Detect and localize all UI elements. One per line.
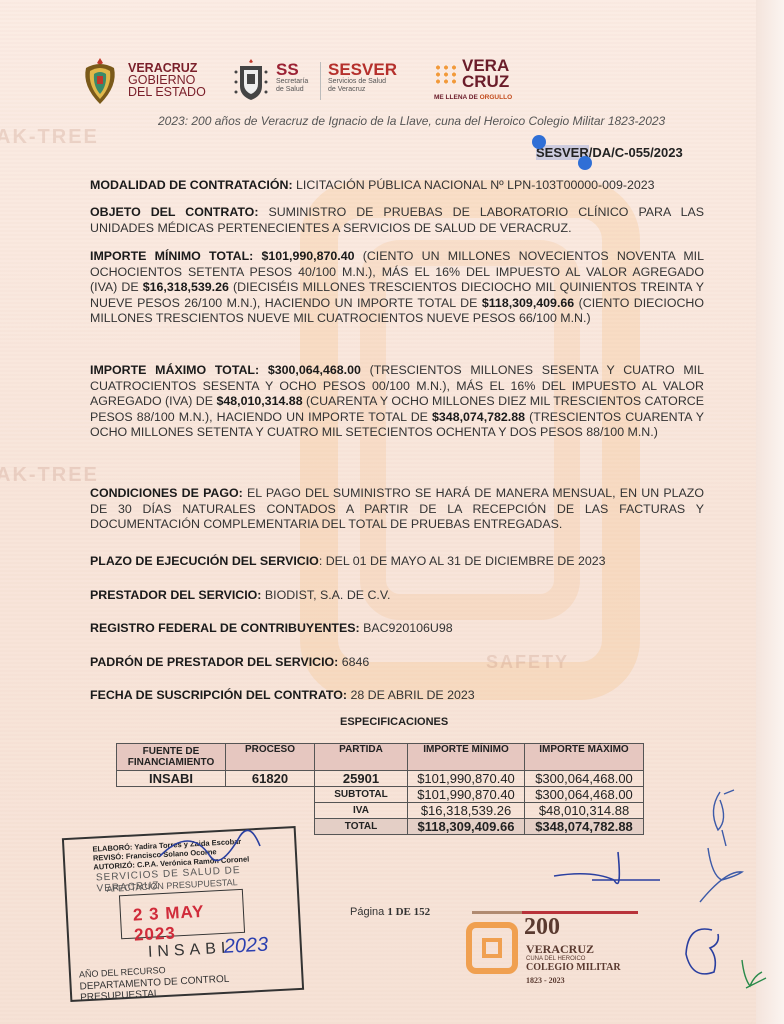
field-condiciones-pago: CONDICIONES DE PAGO: EL PAGO DEL SUMINIS… [90,486,704,533]
stamp-date-box: 2 3 MAY 2023 [119,889,245,939]
col-header: FUENTE DE FINANCIAMIENTO [117,744,226,771]
col-header: PROCESO [226,744,315,771]
contract-reference: SESVER/DA/C-055/2023 [536,145,683,160]
document-page: AK-TREE AK-TREE SAFETY VERACRUZ GOBIERNO… [0,0,784,1024]
page-edge [756,0,784,1024]
ss-logo: SS Secretaría de Salud [276,62,308,94]
col-header: IMPORTE MÍNIMO [408,744,525,771]
field-importe-minimo: IMPORTE MÍNIMO TOTAL: $101,990,870.40 (C… [90,249,704,327]
veracruz-brand-logo: VERA CRUZ ME LLENA DE ORGULLO [434,58,544,108]
table-header-row: FUENTE DE FINANCIAMIENTO PROCESO PARTIDA… [117,744,644,771]
stamp-fund: INSABI [148,940,231,962]
table-row-subtotal: SUBTOTAL $101,990,870.40 $300,064,468.00 [117,787,644,803]
specs-title: ESPECIFICACIONES [340,716,448,728]
letterhead: VERACRUZ GOBIERNO DEL ESTADO SS Secretar… [80,56,540,110]
field-padron: PADRÓN DE PRESTADOR DEL SERVICIO: 6846 [90,655,704,671]
field-fecha-suscripcion: FECHA DE SUSCRIPCIÓN DEL CONTRATO: 28 DE… [90,688,704,704]
watermark-text: AK-TREE [0,464,99,487]
selection-handle-start[interactable] [532,135,546,149]
table-row-iva: IVA $16,318,539.26 $48,010,314.88 [117,803,644,819]
initials-icon [738,958,768,994]
signature-icon [658,924,728,984]
stamp-handwritten-year: 2023 [223,934,269,959]
watermark-text: AK-TREE [0,126,99,149]
year-motto: 2023: 200 años de Veracruz de Ignacio de… [158,114,665,128]
selection-handle-end[interactable] [578,156,592,170]
sesver-logo: SESVER Servicios de Salud de Veracruz [328,62,397,94]
signature-icon [150,826,270,876]
secretaria-salud-emblem-icon [234,58,268,102]
gobierno-veracruz-label: VERACRUZ GOBIERNO DEL ESTADO [128,62,206,98]
table-row: INSABI 61820 25901 $101,990,870.40 $300,… [117,771,644,787]
bicentennial-emblem-icon [466,922,518,974]
field-importe-maximo: IMPORTE MÁXIMO TOTAL: $300,064,468.00 (T… [90,363,704,441]
logo-divider [320,62,321,100]
field-modalidad: MODALIDAD DE CONTRATACIÓN: LICITACIÓN PÚ… [90,178,704,194]
veracruz-coat-of-arms-icon [80,56,120,106]
signature-icon [696,846,746,906]
field-rfc: REGISTRO FEDERAL DE CONTRIBUYENTES: BAC9… [90,621,704,637]
signature-icon [700,790,740,850]
orange-pattern-icon [434,64,458,84]
specs-table: FUENTE DE FINANCIAMIENTO PROCESO PARTIDA… [116,743,644,835]
field-plazo: PLAZO DE EJECUCIÓN DEL SERVICIO: DEL 01 … [90,554,704,570]
field-objeto: OBJETO DEL CONTRATO: SUMINISTRO DE PRUEB… [90,205,704,236]
col-header: IMPORTE MÁXIMO [525,744,644,771]
col-header: PARTIDA [315,744,408,771]
field-prestador: PRESTADOR DEL SERVICIO: BIODIST, S.A. DE… [90,588,704,604]
page-number: Página 1 DE 152 [350,906,430,918]
signature-icon [552,850,662,900]
